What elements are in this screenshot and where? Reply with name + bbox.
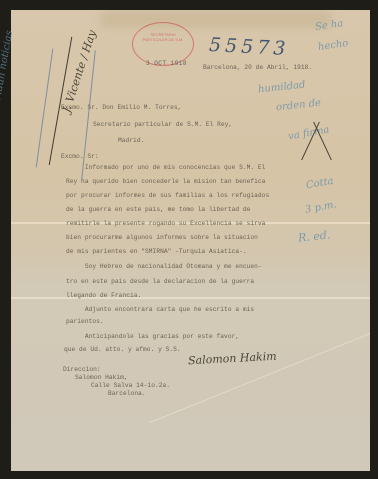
body-line: por procurar informes de sus familias a … xyxy=(66,192,269,200)
body-line: Soy Hebreo de nacionalidad Otomana y me … xyxy=(66,263,262,271)
body-line: bien procurarme algunos informes sobre l… xyxy=(66,234,258,242)
paper-stain xyxy=(101,10,331,28)
body-line: llegando de Francia. xyxy=(66,292,141,300)
address-street: Calle Salva 14-1o.2a. xyxy=(91,382,170,390)
body-line: parientos. xyxy=(66,318,104,326)
address-label: Direccion: xyxy=(63,366,101,374)
recipient-line-1: Excmo. Sr. Don Emilio M. Torres, xyxy=(61,104,181,112)
stamp-date: 3 OCT 1918 xyxy=(146,60,187,67)
recipient-line-3: Madrid. xyxy=(118,137,144,145)
body-line: Rey ha querido bien concederle la mision… xyxy=(66,178,265,186)
registry-number: 55573 xyxy=(208,34,289,60)
salutation: Excmo. Sr: xyxy=(61,153,99,161)
recipient-line-2: Secretario particular de S.M. El Rey, xyxy=(93,121,232,129)
closing-line: que de Ud. atto. y afmo. y S.S. xyxy=(64,346,181,354)
scan-frame: SECRETARIA PARTICULAR DE S.M. 3 OCT 1918… xyxy=(0,0,378,479)
fold-line xyxy=(11,297,370,299)
body-line: de la guerra en este pais, me tomo la li… xyxy=(66,206,250,214)
stamp-line-2: PARTICULAR DE S.M. xyxy=(133,37,193,42)
place-date: Barcelona, 20 de Abril, 1918. xyxy=(203,64,312,72)
address-name: Salomon Hakim, xyxy=(75,374,128,382)
body-line: remitirle la presente rogando su Excelle… xyxy=(66,220,265,228)
body-line: Adjunto encontrara carta que he escrito … xyxy=(66,306,254,314)
body-line: Informado por uno de mis conocencias que… xyxy=(66,164,265,172)
body-line: de mis parientes en "SMIRNA" -Turquia As… xyxy=(66,248,247,256)
address-city: Barcelona. xyxy=(108,390,146,398)
body-line: Anticipandole las gracias por este favor… xyxy=(66,333,239,341)
body-line: tro en este pais desde la declaracion de… xyxy=(66,278,254,286)
